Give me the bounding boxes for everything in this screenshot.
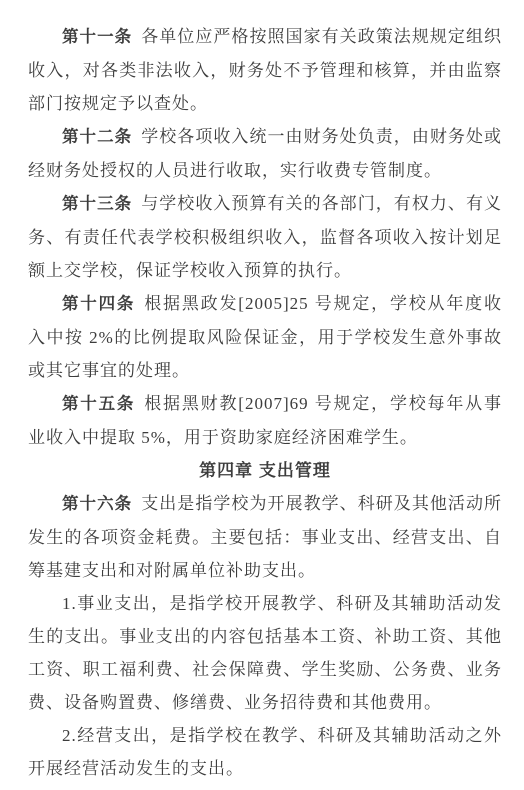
article-paragraph: 第十一条各单位应严格按照国家有关政策法规规定组织收入，对各类非法收入，财务处不予… (28, 20, 502, 120)
article-paragraph: 第十二条学校各项收入统一由财务处负责，由财务处或经财务处授权的人员进行收取，实行… (28, 120, 502, 187)
article-paragraph: 第十六条支出是指学校为开展教学、科研及其他活动所发生的各项资金耗费。主要包括：事… (28, 487, 502, 587)
numbered-text: 2.经营支出，是指学校在教学、科研及其辅助活动之外开展经营活动发生的支出。 (28, 726, 502, 778)
chapter-heading: 第四章 支出管理 (28, 454, 502, 487)
numbered-paragraph: 2.经营支出，是指学校在教学、科研及其辅助活动之外开展经营活动发生的支出。 (28, 719, 502, 785)
article-number: 第十五条 (62, 395, 135, 413)
article-number: 第十四条 (62, 295, 135, 313)
article-paragraph: 第十四条根据黑政发[2005]25 号规定，学校从年度收入中按 2%的比例提取风… (28, 287, 502, 387)
numbered-text: 1.事业支出，是指学校开展教学、科研及其辅助活动发生的支出。事业支出的内容包括基… (28, 594, 502, 712)
article-number: 第十一条 (62, 28, 132, 46)
article-number: 第十六条 (62, 495, 132, 513)
numbered-paragraph: 1.事业支出，是指学校开展教学、科研及其辅助活动发生的支出。事业支出的内容包括基… (28, 587, 502, 719)
article-paragraph: 第十五条根据黑财教[2007]69 号规定，学校每年从事业收入中提取 5%，用于… (28, 387, 502, 454)
article-paragraph: 第十三条与学校收入预算有关的各部门，有权力、有义务、有责任代表学校积极组织收入，… (28, 187, 502, 287)
article-number: 第十二条 (62, 128, 132, 146)
document-page: 第十一条各单位应严格按照国家有关政策法规规定组织收入，对各类非法收入，财务处不予… (0, 0, 524, 790)
article-number: 第十三条 (62, 195, 132, 213)
